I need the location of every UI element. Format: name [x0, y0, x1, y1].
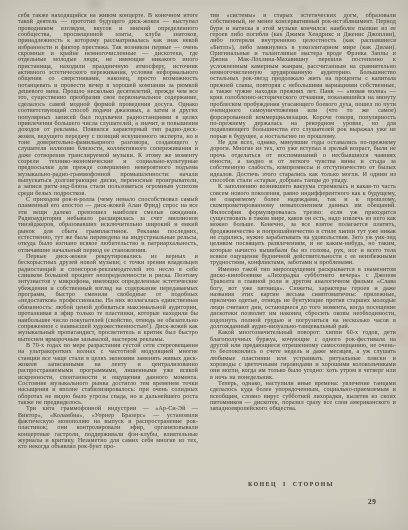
body-paragraph: Именно такой тип мироощущения раскрывает… — [210, 267, 396, 330]
body-paragraph: С приходом рок-н-ролла (чему немало спос… — [18, 197, 198, 254]
text-column-left: себя также находящийся на живом концерте… — [18, 13, 198, 451]
text-column-right: тив «системы» и старых эстетических догм… — [210, 13, 396, 413]
body-paragraph: К заполнению возникшего вакуума стремила… — [210, 184, 396, 266]
scanned-book-page: себя также находящийся на живом концерте… — [0, 0, 408, 530]
body-paragraph: тив «системы» и старых эстетических догм… — [210, 13, 396, 140]
page-number: 29 — [368, 498, 376, 506]
body-paragraph: себя также находящийся на живом концерте… — [18, 13, 198, 197]
body-paragraph: Какой многозначительный поворот: хиппи 6… — [210, 330, 396, 381]
body-paragraph: В 70-х годах по мере разрастания густой … — [18, 343, 198, 406]
body-paragraph: Теперь, однако, наступили иные времена: … — [210, 381, 396, 413]
body-paragraph: Три кита граммофонной индустрии — «Ар-Си… — [18, 406, 198, 450]
body-paragraph: Первые диск-жокеи рекрутировались из вер… — [18, 254, 198, 343]
body-paragraph: Не для всех, однако, минувшие годы остав… — [210, 140, 396, 184]
side-end-heading: КОНЕЦ I СТОРОНЫ — [210, 482, 396, 488]
